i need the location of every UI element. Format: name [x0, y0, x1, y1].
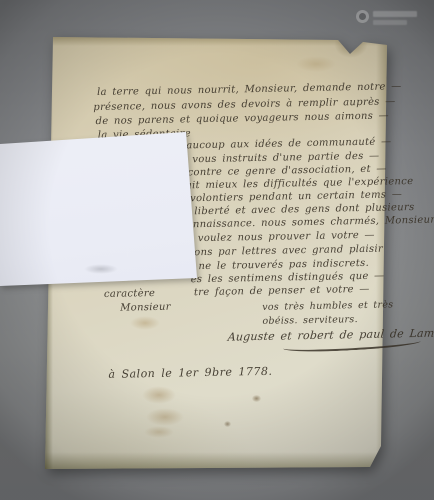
letter-line: de nos parens et quoique voyageurs nous … [96, 110, 390, 127]
watermark-text-bar [373, 11, 417, 17]
letter-line: rons par lettres avec grand plaisir [189, 244, 383, 259]
letter-line: es les sentimens distingués que — [191, 271, 385, 286]
circle-logo-icon [356, 10, 369, 23]
closing-line: obéiss. serviteurs. [262, 314, 358, 327]
letter-line: onnaissance. nous somes charmés, Monsieu… [186, 215, 434, 231]
letter-salutation: Monsieur [120, 302, 171, 314]
watermark-text-bar [373, 20, 407, 25]
letter-line: la vie sédentaire [98, 128, 191, 141]
handwriting-layer: la terre qui nous nourrit, Monsieur, dem… [0, 0, 434, 500]
letter-line: eaucoup aux idées de communauté — [180, 136, 391, 151]
letter-line: la terre qui nous nourrit, Monsieur, dem… [97, 81, 402, 98]
auction-photo: { "colors": { "background_gray": "#85878… [0, 0, 434, 500]
letter-line: ne le trouverés pas indiscrets. [198, 258, 369, 272]
letter-line: vous instruits d'une partie des — [192, 151, 379, 166]
letter-line: voulez nous prouver la votre — [198, 230, 375, 244]
closing-line: vos très humbles et très [262, 299, 393, 313]
watermark [356, 8, 417, 25]
letter-word-caractere: caractère [104, 288, 155, 300]
date-line: à Salon le 1er 9bre 1778. [108, 365, 272, 381]
watermark-text [373, 11, 417, 25]
letter-line: tre façon de penser et votre — [194, 284, 370, 298]
